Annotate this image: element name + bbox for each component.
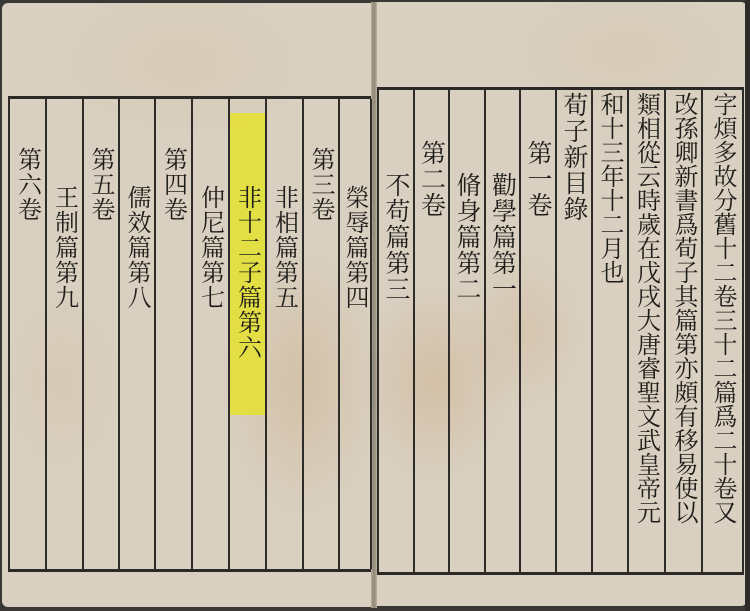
preface-line-4: 和十三年十二月也 (593, 92, 627, 284)
text-column: 儒效篇第八 (120, 99, 154, 569)
toc-chapter-3: 不苟篇第三 (379, 172, 413, 302)
text-column: 仲尼篇第七 (193, 99, 228, 569)
toc-chapter-7: 仲尼篇第七 (194, 185, 228, 310)
column-rule (742, 90, 744, 572)
column-rule (370, 99, 372, 569)
toc-chapter-5: 非相篇第五 (268, 185, 302, 310)
text-column: 第一卷 (521, 90, 555, 572)
text-column: 第三卷 (304, 99, 338, 569)
toc-volume-3: 第三卷 (304, 147, 338, 222)
text-column: 類相從云時歲在戊戌大唐睿聖文武皇帝元 (629, 90, 664, 572)
toc-volume-6: 第六卷 (11, 147, 45, 222)
text-column: 第六卷 (10, 99, 45, 569)
text-column: 第五卷 (84, 99, 118, 569)
toc-title: 荀子新目錄 (557, 92, 591, 222)
toc-volume-1: 第一卷 (521, 140, 555, 218)
text-column: 改孫卿新書爲荀子其篇第亦頗有移易使以 (666, 90, 702, 572)
text-column: 非相篇第五 (267, 99, 302, 569)
preface-line-3: 類相從云時歲在戊戌大唐睿聖文武皇帝元 (630, 92, 664, 524)
toc-chapter-8: 儒效篇第八 (120, 185, 154, 310)
text-column: 非十二子篇第六 (230, 99, 265, 569)
text-column: 王制篇第九 (47, 99, 82, 569)
text-column: 第四卷 (156, 99, 191, 569)
text-column: 榮辱篇第四 (340, 99, 370, 569)
toc-chapter-2: 脩身篇第二 (450, 172, 484, 302)
toc-chapter-4: 榮辱篇第四 (338, 185, 372, 310)
preface-line-2: 改孫卿新書爲荀子其篇第亦頗有移易使以 (667, 92, 701, 524)
text-column: 荀子新目錄 (557, 90, 591, 572)
toc-volume-5: 第五卷 (84, 147, 118, 222)
text-column: 和十三年十二月也 (593, 90, 627, 572)
toc-chapter-9: 王制篇第九 (48, 185, 82, 310)
toc-chapter-1: 勸學篇第一 (486, 172, 520, 302)
left-page-frame: 榮辱篇第四 第三卷 非相篇第五 非十二子篇第六 仲尼篇第七 第四卷 儒效篇第八 … (8, 96, 371, 572)
page-edge (745, 0, 750, 611)
toc-volume-2: 第二卷 (415, 140, 449, 218)
text-column: 勸學篇第一 (486, 90, 519, 572)
preface-line-1: 字煩多故分舊十二卷三十二篇爲二十卷又 (706, 92, 740, 524)
toc-volume-4: 第四卷 (157, 147, 191, 222)
text-column: 脩身篇第二 (450, 90, 484, 572)
right-page-frame: 字煩多故分舊十二卷三十二篇爲二十卷又 改孫卿新書爲荀子其篇第亦頗有移易使以 類相… (377, 87, 744, 575)
toc-chapter-6-highlighted: 非十二子篇第六 (231, 185, 265, 360)
text-column: 不苟篇第三 (379, 90, 413, 572)
text-column: 第二卷 (415, 90, 448, 572)
text-column: 字煩多故分舊十二卷三十二篇爲二十卷又 (704, 90, 742, 572)
